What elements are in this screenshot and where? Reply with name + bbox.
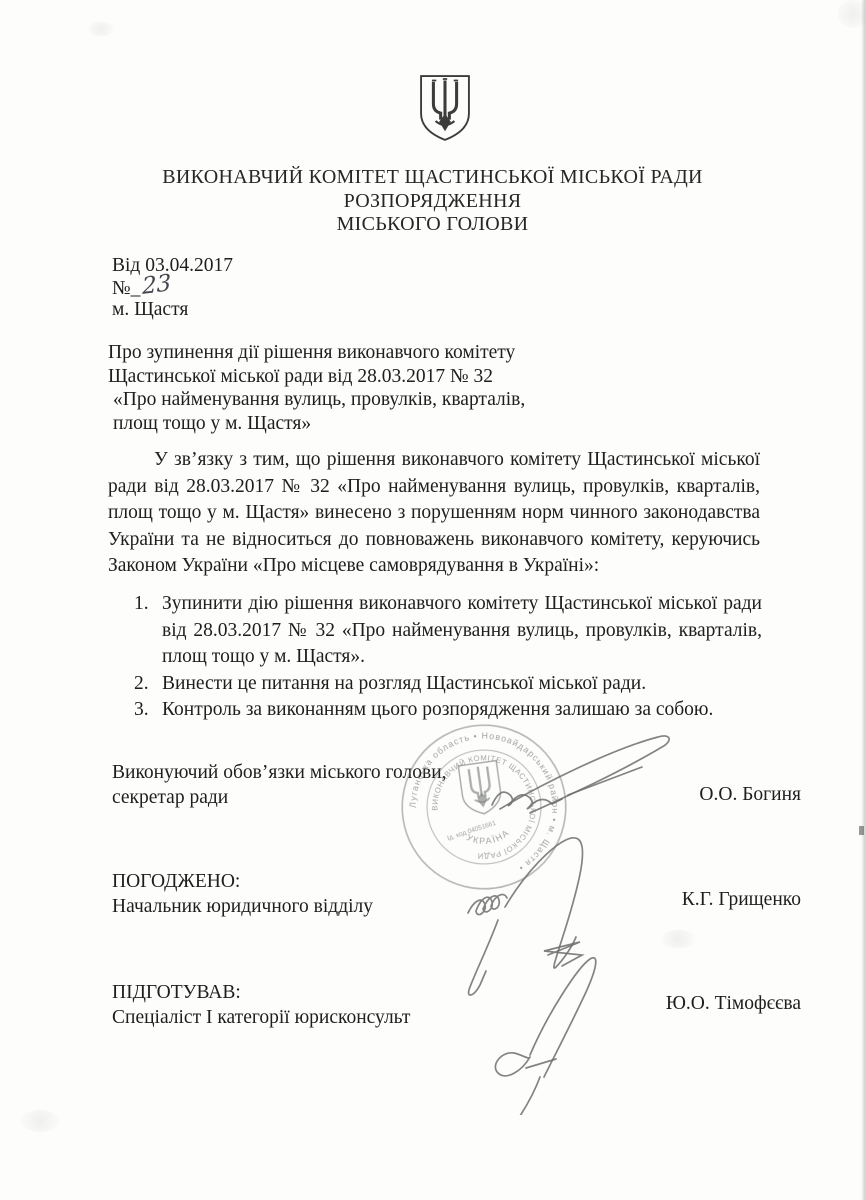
agreed-block: ПОГОДЖЕНО: Начальник юридичного відділу — [112, 869, 373, 919]
trident-emblem-icon — [416, 72, 474, 144]
agreed-heading: ПОГОДЖЕНО: — [112, 869, 373, 894]
scan-smudge — [20, 1110, 60, 1132]
subject-block: Про зупинення дії рішення виконавчого ко… — [108, 341, 525, 435]
signature-prepared — [495, 958, 595, 1115]
doc-number-prefix: №_ — [112, 278, 140, 299]
scan-edge-artifact — [861, 0, 865, 1200]
acting-mayor-name: О.О. Богиня — [699, 784, 801, 806]
handwritten-number: 23 — [142, 273, 171, 298]
subject-line-2: Щастинської міської ради від 28.03.2017 … — [108, 365, 525, 389]
prepared-block: ПІДГОТУВАВ: Спеціаліст І категорії юриск… — [112, 980, 410, 1030]
scanned-document-page: ВИКОНАВЧИЙ КОМІТЕТ ЩАСТИНСЬКОЇ МІСЬКОЇ Р… — [0, 0, 865, 1200]
subject-line-4: площ тощо у м. Щастя» — [108, 412, 525, 436]
doc-meta: Від 03.04.2017 №_23 м. Щастя — [112, 255, 233, 321]
scan-tick-artifact — [859, 826, 864, 835]
doc-number-line: №_23 — [112, 277, 233, 300]
prepared-role: Спеціаліст І категорії юрисконсульт — [112, 1005, 410, 1030]
scan-smudge — [88, 22, 114, 36]
item-number: 2. — [134, 671, 162, 698]
doc-type-title: РОЗПОРЯДЖЕННЯ — [0, 190, 865, 214]
item-number: 3. — [134, 697, 162, 724]
doc-author-title: МІСЬКОГО ГОЛОВИ — [0, 213, 865, 237]
date-line: Від 03.04.2017 — [112, 255, 233, 277]
prepared-heading: ПІДГОТУВАВ: — [112, 980, 410, 1005]
ink-signatures — [380, 715, 700, 1115]
agreed-role: Начальник юридичного відділу — [112, 894, 373, 919]
directive-list: 1.Зупинити дію рішення виконавчого коміт… — [134, 591, 762, 724]
subject-line-3: «Про найменування вулиць, провулків, ква… — [108, 388, 525, 412]
place-line: м. Щастя — [112, 299, 233, 321]
signature-acting-mayor — [492, 736, 669, 813]
signature-agreed — [468, 838, 583, 995]
letterhead: ВИКОНАВЧИЙ КОМІТЕТ ЩАСТИНСЬКОЇ МІСЬКОЇ Р… — [0, 166, 865, 237]
list-item: 2.Винести це питання на розгляд Щастинсь… — [134, 671, 762, 698]
list-item: 1.Зупинити дію рішення виконавчого коміт… — [134, 591, 762, 671]
item-number: 1. — [134, 591, 162, 618]
item-text: Винести це питання на розгляд Щастинсько… — [162, 673, 646, 694]
item-text: Зупинити дію рішення виконавчого комітет… — [162, 593, 762, 667]
body-paragraph: У зв’язку з тим, що рішення виконавчого … — [108, 447, 760, 580]
org-name: ВИКОНАВЧИЙ КОМІТЕТ ЩАСТИНСЬКОЇ МІСЬКОЇ Р… — [0, 166, 865, 190]
subject-line-1: Про зупинення дії рішення виконавчого ко… — [108, 341, 525, 365]
scan-smudge — [838, 0, 865, 28]
scan-smudge — [660, 930, 696, 948]
